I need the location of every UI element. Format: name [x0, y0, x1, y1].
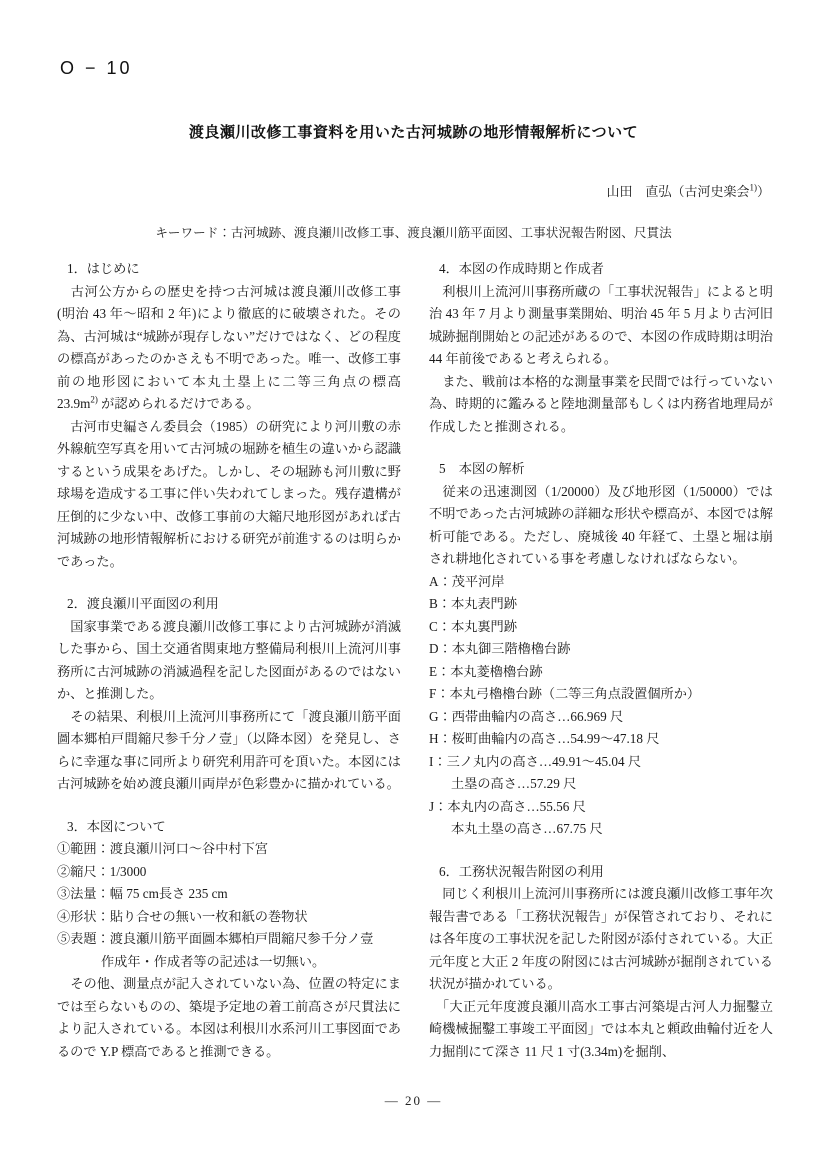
paper-page: O − 10 渡良瀬川改修工事資料を用いた古河城跡の地形情報解析について 山田 … — [0, 0, 827, 1170]
section-2-heading: 2．渡良瀬川平面図の利用 — [57, 593, 401, 616]
section-2-paragraph-2: その結果、利根川上流河川事務所にて「渡良瀬川筋平面圖本郷柏戸間縮尺参千分ノ壹」（… — [57, 706, 401, 796]
section-2-plan-map-use: 2．渡良瀬川平面図の利用 国家事業である渡良瀬川改修工事により古河城跡が消滅した… — [57, 593, 401, 796]
section-2-paragraph-1: 国家事業である渡良瀬川改修工事により古河城跡が消滅した事から、国土交通省関東地方… — [57, 616, 401, 706]
author-affiliation-superscript: 1) — [749, 183, 757, 193]
body-columns: 1．はじめに 古河公方からの歴史を持つ古河城は渡良瀬川改修工事(明治 43 年～… — [57, 258, 773, 1083]
section-6-paragraph-1: 同じく利根川上流河川事務所には渡良瀬川改修工事年次報告書である「工務状況報告」が… — [429, 883, 773, 996]
section-4-creation-period: 4．本図の作成時期と作成者 利根川上流河川事務所蔵の「工事状況報告」によると明治… — [429, 258, 773, 438]
list-item-F: F：本丸弓櫓櫓台跡（二等三角点設置個所か） — [429, 683, 773, 706]
list-item-scope: ①範囲：渡良瀬川河口～谷中村下宮 — [57, 838, 401, 861]
paper-number: O − 10 — [60, 58, 133, 79]
paragraph-text: が認められるだけである。 — [98, 396, 260, 411]
list-item-E: E：本丸菱櫓櫓台跡 — [429, 661, 773, 684]
list-item-J: J：本丸内の高さ…55.56 尺 — [429, 796, 773, 819]
section-1-introduction: 1．はじめに 古河公方からの歴史を持つ古河城は渡良瀬川改修工事(明治 43 年～… — [57, 258, 401, 573]
section-4-heading: 4．本図の作成時期と作成者 — [429, 258, 773, 281]
paragraph-text: 古河公方からの歴史を持つ古河城は渡良瀬川改修工事(明治 43 年～昭和 2 年)… — [57, 284, 401, 412]
author-line: 山田 直弘（古河史楽会1)） — [606, 181, 770, 200]
section-6-heading: 6．工務状況報告附図の利用 — [429, 861, 773, 884]
section-5-paragraph-1: 従来の迅速測図（1/20000）及び地形図（1/50000）では不明であった古河… — [429, 481, 773, 571]
author-suffix: ） — [757, 184, 770, 199]
list-item-G: G：西帯曲輪内の高さ…66.969 尺 — [429, 706, 773, 729]
section-5-heading: 5 本図の解析 — [429, 458, 773, 481]
section-1-paragraph-2: 古河市史編さん委員会（1985）の研究により河川敷の赤外線航空写真を用いて古河城… — [57, 416, 401, 574]
section-3-paragraph-1: その他、測量点が記入されていない為、位置の特定にまでは至らないものの、築堤予定地… — [57, 973, 401, 1063]
section-3-heading: 3．本図について — [57, 816, 401, 839]
list-item-B: B：本丸表門跡 — [429, 593, 773, 616]
list-item-D: D：本丸御三階櫓櫓台跡 — [429, 638, 773, 661]
page-number: ― 20 ― — [0, 1093, 827, 1109]
section-1-paragraph-1: 古河公方からの歴史を持つ古河城は渡良瀬川改修工事(明治 43 年～昭和 2 年)… — [57, 281, 401, 416]
footnote-ref-2: 2) — [90, 395, 98, 405]
author-name: 山田 直弘（古河史楽会 — [606, 184, 749, 199]
list-item-J-continued: 本丸土塁の高さ…67.75 尺 — [429, 818, 773, 841]
list-item-I: I：三ノ丸内の高さ…49.91～45.04 尺 — [429, 751, 773, 774]
list-item-scale: ②縮尺：1/3000 — [57, 861, 401, 884]
section-1-heading: 1．はじめに — [57, 258, 401, 281]
section-6-report-figures-use: 6．工務状況報告附図の利用 同じく利根川上流河川事務所には渡良瀬川改修工事年次報… — [429, 861, 773, 1064]
left-column: 1．はじめに 古河公方からの歴史を持つ古河城は渡良瀬川改修工事(明治 43 年～… — [57, 258, 401, 1083]
right-column: 4．本図の作成時期と作成者 利根川上流河川事務所蔵の「工事状況報告」によると明治… — [429, 258, 773, 1083]
list-item-title: ⑤表題：渡良瀬川筋平面圖本郷柏戸間縮尺参千分ノ壹 — [57, 928, 401, 951]
list-item-form: ④形状：貼り合せの無い一枚和紙の巻物状 — [57, 906, 401, 929]
keywords-line: キーワード：古河城跡、渡良瀬川改修工事、渡良瀬川筋平面図、工事状況報告附図、尺貫… — [0, 222, 827, 241]
section-6-paragraph-2: 「大正元年度渡良瀬川高水工事古河築堤古河人力掘鑿立崎機械掘鑿工事竣工平面図」では… — [429, 996, 773, 1064]
list-item-H: H：桜町曲輪内の高さ…54.99～47.18 尺 — [429, 728, 773, 751]
section-4-paragraph-1: 利根川上流河川事務所蔵の「工事状況報告」によると明治 43 年 7 月より測量事… — [429, 281, 773, 371]
section-3-about-map: 3．本図について ①範囲：渡良瀬川河口～谷中村下宮 ②縮尺：1/3000 ③法量… — [57, 816, 401, 1064]
list-item-A: A：茂平河岸 — [429, 571, 773, 594]
list-item-C: C：本丸裏門跡 — [429, 616, 773, 639]
list-item-dimensions: ③法量：幅 75 cm長さ 235 cm — [57, 883, 401, 906]
section-4-paragraph-2: また、戦前は本格的な測量事業を民間では行っていない為、時期的に鑑みると陸地測量部… — [429, 371, 773, 439]
list-item-I-continued: 土塁の高さ…57.29 尺 — [429, 773, 773, 796]
section-5-analysis: 5 本図の解析 従来の迅速測図（1/20000）及び地形図（1/50000）では… — [429, 458, 773, 841]
paper-title: 渡良瀬川改修工事資料を用いた古河城跡の地形情報解析について — [0, 121, 827, 142]
list-item-title-note: 作成年・作成者等の記述は一切無い。 — [57, 951, 401, 974]
